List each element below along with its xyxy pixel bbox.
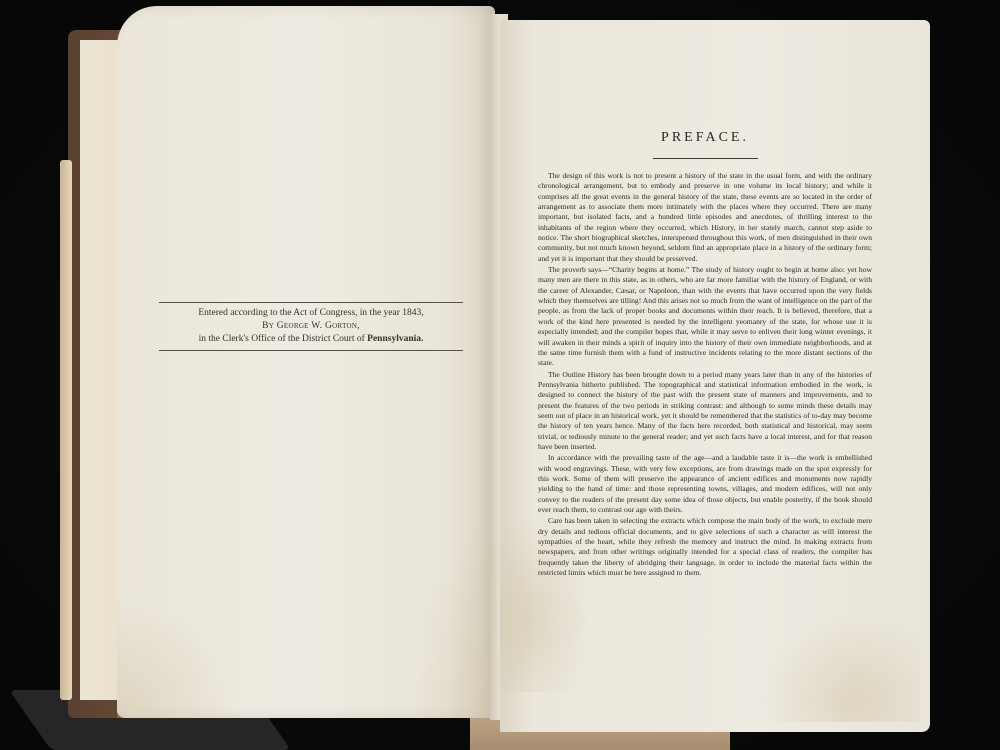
copyright-line-3: in the Clerk's Office of the District Co…	[161, 333, 461, 346]
copyright-line-1: Entered according to the Act of Congress…	[161, 307, 461, 320]
water-stain	[415, 518, 495, 718]
left-page: Entered according to the Act of Congress…	[117, 6, 495, 718]
preface-paragraph: The proverb says—“Charity begins at home…	[538, 265, 872, 368]
water-stain	[117, 598, 237, 718]
preface-paragraph: In accordance with the prevailing taste …	[538, 453, 872, 515]
copyright-line-3-prefix: in the Clerk's Office of the District Co…	[199, 334, 368, 344]
divider-rule	[159, 302, 463, 303]
copyright-notice: Entered according to the Act of Congress…	[161, 302, 461, 351]
cover-board-edge	[60, 160, 72, 700]
preface-section: PREFACE. The design of this work is not …	[538, 130, 872, 579]
water-stain	[760, 612, 920, 722]
title-rule	[653, 158, 758, 159]
page-title: PREFACE.	[538, 130, 872, 146]
copyright-state: Pennsylvania.	[367, 334, 423, 344]
preface-paragraph: The Outline History has been brought dow…	[538, 370, 872, 453]
preface-paragraph: Care has been taken in selecting the ext…	[538, 516, 872, 578]
preface-paragraph: The design of this work is not to presen…	[538, 171, 872, 264]
divider-rule	[159, 350, 463, 351]
copyright-line-2: By George W. Gorton,	[161, 320, 461, 333]
